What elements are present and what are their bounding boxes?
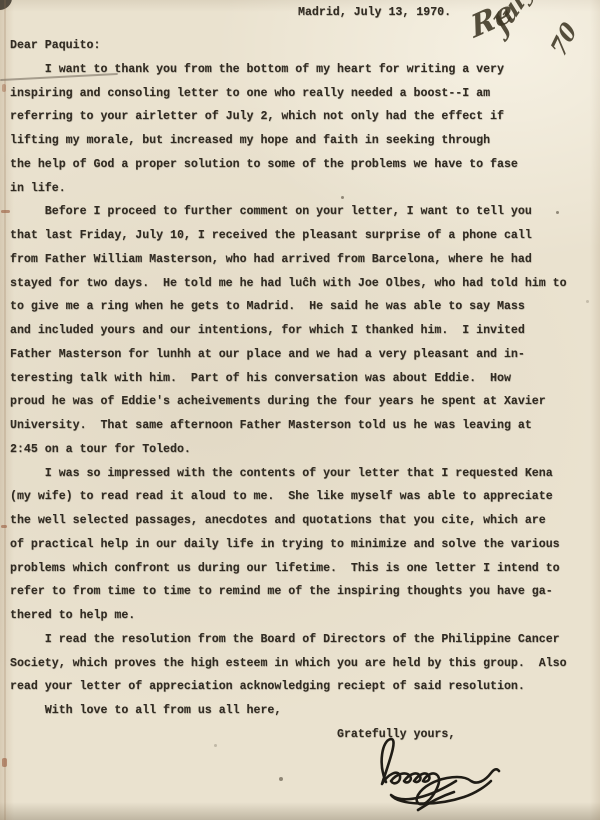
letter-body: Dear Paquito: I want to thank you from t…	[10, 34, 596, 747]
letter-line: of practical help in our daily life in t…	[10, 533, 596, 557]
paper-fold-line	[4, 0, 6, 820]
letter-line: from Father William Masterson, who had a…	[10, 248, 596, 272]
letter-line: I want to thank you from the bottom of m…	[10, 58, 596, 82]
paper-speck	[214, 744, 217, 747]
letter-line: (my wife) to read read it aloud to me. S…	[10, 485, 596, 509]
letter-line: stayed for two days. He told me he had l…	[10, 272, 596, 296]
letter-page: Madrid, July 13, 1970. Re July 24 70 Dea…	[0, 0, 600, 820]
signature-scrawl	[358, 730, 518, 815]
letter-line: in life.	[10, 177, 596, 201]
letter-line: teresting talk with him. Part of his con…	[10, 367, 596, 391]
letter-line: thered to help me.	[10, 604, 596, 628]
paper-speck	[341, 196, 344, 199]
letter-line: the well selected passages, anecdotes an…	[10, 509, 596, 533]
letter-date: Madrid, July 13, 1970.	[298, 6, 451, 19]
letter-line: the help of God a proper solution to som…	[10, 153, 596, 177]
letter-line: University. That same afternoon Father M…	[10, 414, 596, 438]
letter-line: With love to all from us all here,	[10, 699, 596, 723]
letter-line: that last Friday, July 10, I received th…	[10, 224, 596, 248]
letter-line: problems which confront us during our li…	[10, 557, 596, 581]
paper-edge-mark	[1, 525, 7, 528]
paper-speck	[279, 777, 283, 781]
letter-line: Before I proceed to further comment on y…	[10, 200, 596, 224]
paper-speck	[556, 211, 559, 214]
letter-line: 2:45 on a tour for Toledo.	[10, 438, 596, 462]
paper-edge-mark	[2, 84, 6, 92]
letter-line: and included yours and our intentions, f…	[10, 319, 596, 343]
letter-line: to give me a ring when he gets to Madrid…	[10, 295, 596, 319]
paper-speck	[586, 300, 589, 303]
letter-line: I was so impressed with the contents of …	[10, 462, 596, 486]
letter-line: I read the resolution from the Board of …	[10, 628, 596, 652]
letter-line: Society, which proves the high esteem in…	[10, 652, 596, 676]
letter-line: read your letter of appreciation acknowl…	[10, 675, 596, 699]
letter-line: proud he was of Eddie's acheivements dur…	[10, 390, 596, 414]
letter-line: referring to your airletter of July 2, w…	[10, 105, 596, 129]
letter-line: Father Masterson for lunhh at our place …	[10, 343, 596, 367]
letter-line: refer to from time to time to remind me …	[10, 580, 596, 604]
paper-edge-mark	[1, 210, 10, 213]
letter-line: inspiring and consoling letter to one wh…	[10, 82, 596, 106]
paper-edge-mark	[2, 758, 7, 767]
letter-line: Dear Paquito:	[10, 34, 596, 58]
letter-line: lifting my morale, but increased my hope…	[10, 129, 596, 153]
paper-corner-smudge	[0, 0, 12, 10]
